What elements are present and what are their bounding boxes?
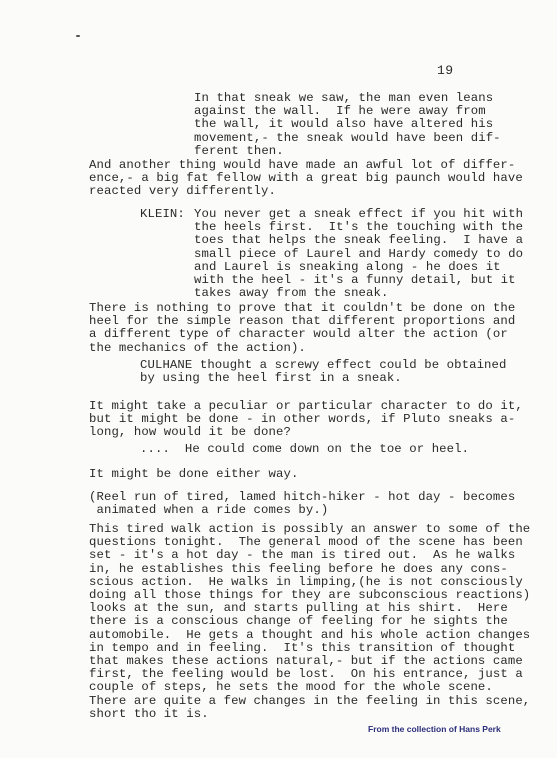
speaker-label: KLEIN: [140,208,185,221]
paragraph-culhane: CULHANE thought a screwy effect could be… [140,359,507,385]
paragraph-toe-or-heel: .... He could come down on the toe or he… [140,443,469,456]
paragraph-fat-fellow: And another thing would have made an awf… [89,159,523,199]
paragraph-tired-walk: This tired walk action is possibly an an… [89,523,530,721]
paragraph-pluto: It might take a peculiar or particular c… [89,400,523,440]
paragraph-klein-quote: You never get a sneak effect if you hit … [194,208,523,300]
paragraph-heel-proportions: There is nothing to prove that it couldn… [89,302,515,355]
collection-credit: From the collection of Hans Perk [368,724,501,734]
paragraph-reel-run: (Reel run of tired, lamed hitch-hiker - … [89,491,515,517]
ink-speck [76,35,80,37]
page-number: 19 [437,63,454,78]
paragraph-either-way: It might be done either way. [89,468,298,481]
document-page: 19 In that sneak we saw, the man even le… [0,0,557,758]
paragraph-sneak-wall: In that sneak we saw, the man even leans… [194,92,501,158]
